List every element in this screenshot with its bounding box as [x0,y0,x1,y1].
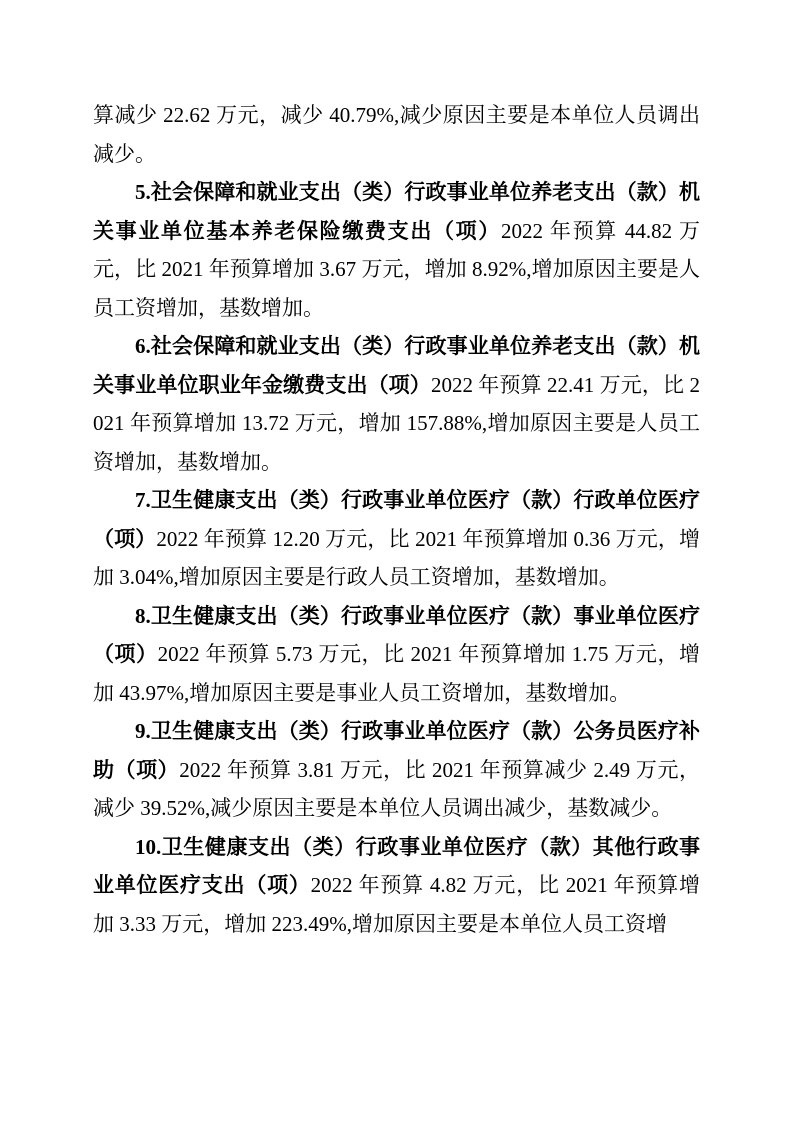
budget-paragraph-6: 6.社会保障和就业支出（类）行政事业单位养老支出（款）机关事业单位职业年金缴费支… [93,327,700,481]
budget-paragraph-7-body: 2022 年预算 12.20 万元，比 2021 年预算增加 0.36 万元，增… [93,527,700,590]
budget-paragraph-5: 5.社会保障和就业支出（类）行政事业单位养老支出（款）机关事业单位基本养老保险缴… [93,173,700,327]
continuation-paragraph: 算减少 22.62 万元，减少 40.79%,减少原因主要是本单位人员调出减少。 [93,96,700,173]
budget-paragraph-9-body: 2022 年预算 3.81 万元，比 2021 年预算减少 2.49 万元，减少… [93,758,700,821]
budget-paragraph-8: 8.卫生健康支出（类）行政事业单位医疗（款）事业单位医疗（项）2022 年预算 … [93,597,700,713]
budget-paragraph-7: 7.卫生健康支出（类）行政事业单位医疗（款）行政单位医疗（项）2022 年预算 … [93,481,700,597]
document-page: 算减少 22.62 万元，减少 40.79%,减少原因主要是本单位人员调出减少。… [0,0,793,1122]
budget-paragraph-8-body: 2022 年预算 5.73 万元，比 2021 年预算增加 1.75 万元，增加… [93,642,700,705]
budget-paragraph-10: 10.卫生健康支出（类）行政事业单位医疗（款）其他行政事业单位医疗支出（项）20… [93,828,700,944]
budget-paragraph-9: 9.卫生健康支出（类）行政事业单位医疗（款）公务员医疗补助（项）2022 年预算… [93,712,700,828]
